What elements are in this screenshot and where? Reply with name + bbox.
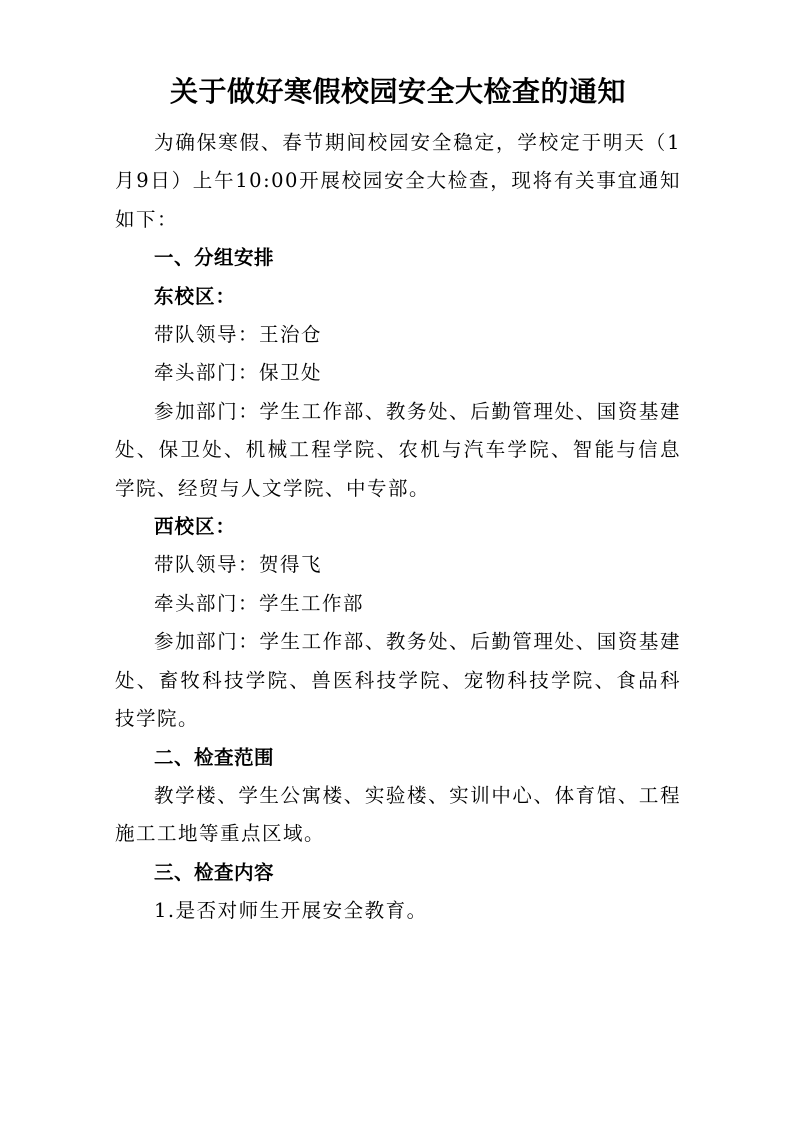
- campus-name: 西校区：: [115, 508, 681, 546]
- campus-lead-department: 牵头部门：学生工作部: [115, 585, 681, 623]
- document-page: 关于做好寒假校园安全大检查的通知 为确保寒假、春节期间校园安全稳定，学校定于明天…: [115, 72, 681, 931]
- document-title: 关于做好寒假校园安全大检查的通知: [115, 72, 681, 112]
- campus-leader: 带队领导：王治仓: [115, 316, 681, 354]
- section-content: 三、检查内容 1.是否对师生开展安全教育。: [115, 854, 681, 931]
- section-heading: 二、检查范围: [115, 739, 681, 777]
- section-heading: 三、检查内容: [115, 854, 681, 892]
- campus-lead-department: 牵头部门：保卫处: [115, 354, 681, 392]
- campus-participants: 参加部门：学生工作部、教务处、后勤管理处、国资基建处、畜牧科技学院、兽医科技学院…: [115, 623, 681, 738]
- campus-name: 东校区：: [115, 278, 681, 316]
- campus-west: 西校区： 带队领导：贺得飞 牵头部门：学生工作部 参加部门：学生工作部、教务处、…: [115, 508, 681, 738]
- section-scope: 二、检查范围 教学楼、学生公寓楼、实验楼、实训中心、体育馆、工程施工工地等重点区…: [115, 739, 681, 854]
- campus-leader: 带队领导：贺得飞: [115, 546, 681, 584]
- section-grouping: 一、分组安排 东校区： 带队领导：王治仓 牵头部门：保卫处 参加部门：学生工作部…: [115, 239, 681, 738]
- campus-east: 东校区： 带队领导：王治仓 牵头部门：保卫处 参加部门：学生工作部、教务处、后勤…: [115, 278, 681, 508]
- scope-paragraph: 教学楼、学生公寓楼、实验楼、实训中心、体育馆、工程施工工地等重点区域。: [115, 777, 681, 854]
- campus-participants: 参加部门：学生工作部、教务处、后勤管理处、国资基建处、保卫处、机械工程学院、农机…: [115, 393, 681, 508]
- intro-paragraph: 为确保寒假、春节期间校园安全稳定，学校定于明天（1月9日）上午10:00开展校园…: [115, 124, 681, 239]
- content-item: 1.是否对师生开展安全教育。: [115, 892, 681, 930]
- section-heading: 一、分组安排: [115, 239, 681, 277]
